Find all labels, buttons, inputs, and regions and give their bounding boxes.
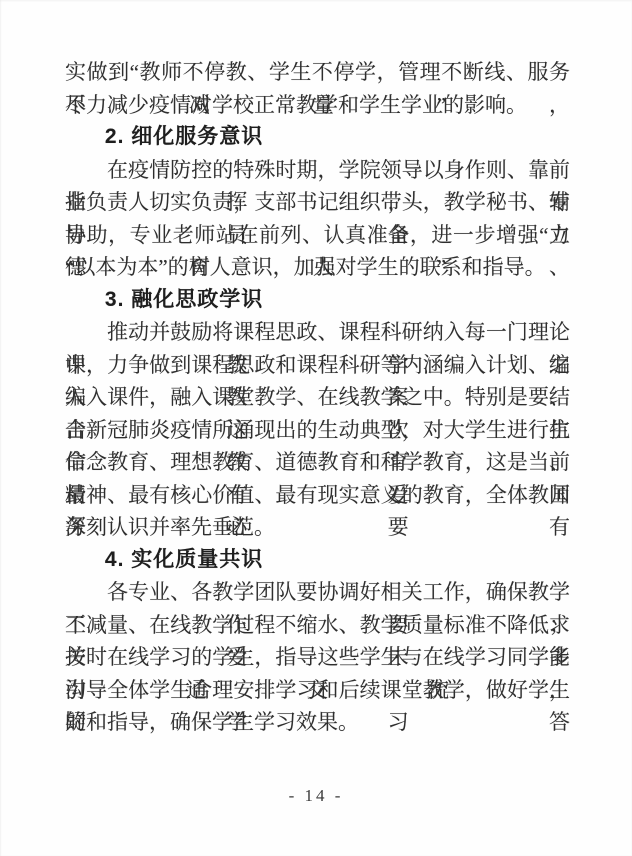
text-line: 精神、最有核心价值、最有现实意义的教育，全体教师务必要有: [65, 479, 570, 512]
section-heading: 3. 融化思政学识: [65, 284, 570, 317]
document-body: 实做到“教师不停教、学生不停学，管理不断线、服务不减量”， 尽力减少疫情对学校正…: [65, 56, 570, 739]
text-line: 协助，专业老师站在前列、认真准备，进一步增强“立德树人”、: [65, 219, 570, 252]
section-heading: 4. 实化质量共识: [65, 544, 570, 577]
text-line: 实做到“教师不停教、学生不停学，管理不断线、服务不减量”，: [65, 56, 570, 89]
document-page: 实做到“教师不停教、学生不停学，管理不断线、服务不减量”， 尽力减少疫情对学校正…: [0, 0, 632, 856]
text-line: 中，力争做到课程思政和课程科研等内涵编入计划、编入教案、: [65, 349, 570, 382]
text-line: 信念教育、理想教育、道德教育和科学教育，这是当前最有爱国: [65, 446, 570, 479]
text-line: 业负责人切实负责，支部书记组织带头，教学秘书、辅导员全力: [65, 186, 570, 219]
text-line: 不减量、在线教学过程不缩水、教学质量标准不降低；关爱未能: [65, 609, 570, 642]
text-line: 编入课件，融入课堂教学、在线教学之中。特别是要结合这次抗: [65, 381, 570, 414]
text-line: 按时在线学习的学生，指导这些学生与在线学习同学多沟通交流，: [65, 641, 570, 674]
text-line: 击新冠肺炎疫情所涌现出的生动典型，对大学生进行生命教育、: [65, 414, 570, 447]
section-heading: 2. 细化服务意识: [65, 121, 570, 154]
text-line: 推动并鼓励将课程思政、课程科研纳入每一门理论课教学之: [65, 316, 570, 349]
text-line: 在疫情防控的特殊时期，学院领导以身作则、靠前指挥，专: [65, 154, 570, 187]
text-line: 尽力减少疫情对学校正常教学和学生学业的影响。: [65, 89, 570, 122]
text-line: 各专业、各教学团队要协调好相关工作，确保教学工作要求: [65, 576, 570, 609]
page-number: - 14 -: [0, 786, 632, 806]
text-line: 引导全体学生合理安排学习和后续课堂教学，做好学生的学习答: [65, 674, 570, 707]
text-line: “以本为本”的育人意识，加强对学生的联系和指导。: [65, 251, 570, 284]
